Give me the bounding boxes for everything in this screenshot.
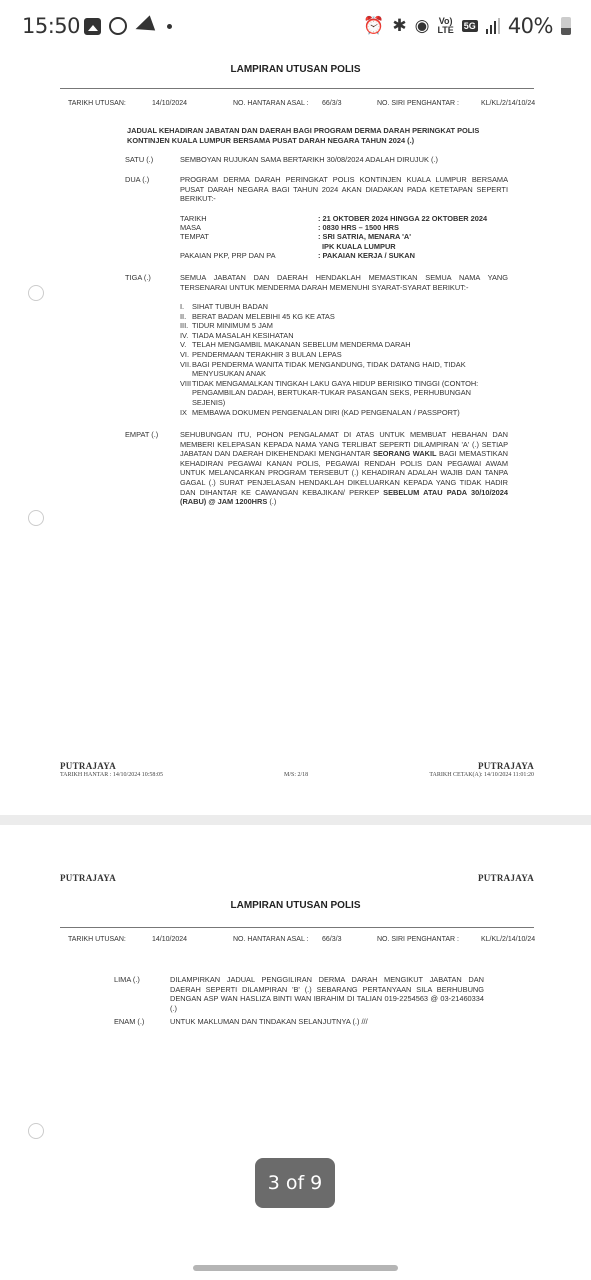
siri-value: KL/KL/2/14/10/24 xyxy=(481,936,535,943)
requirements-list: I.SIHAT TUBUH BADAN II.BERAT BADAN MELEB… xyxy=(180,302,480,417)
list-item: VIIITIDAK MENGAMALKAN TINGKAH LAKU GAYA … xyxy=(180,379,480,408)
status-bar: 15:50 ⏰ ✱ ◉ Vo)LTE 5G 40% xyxy=(0,0,591,54)
punch-hole xyxy=(28,510,44,526)
empat-bold-a: SEORANG WAKIL xyxy=(373,449,437,458)
hantaran-label: NO. HANTARAN ASAL : xyxy=(233,936,308,943)
enam-text: UNTUK MAKLUMAN DAN TINDAKAN SELANJUTNYA … xyxy=(170,1017,484,1027)
hantaran-value: 66/3/3 xyxy=(322,936,341,943)
detail-key xyxy=(180,242,318,251)
list-item: I.SIHAT TUBUH BADAN xyxy=(180,302,480,312)
item-number: VIII xyxy=(180,379,192,408)
tarikh-utusan-value: 14/10/2024 xyxy=(152,100,187,107)
item-text: TELAH MENGAMBIL MAKANAN SEBELUM MENDERMA… xyxy=(192,340,411,350)
item-text: PENDERMAAN TERAKHIR 3 BULAN LEPAS xyxy=(192,350,342,360)
dua-text: PROGRAM DERMA DARAH PERINGKAT POLIS KONT… xyxy=(180,175,508,204)
detail-row: MASA: 0830 HRS – 1500 HRS xyxy=(180,223,487,232)
siri-label: NO. SIRI PENGHANTAR : xyxy=(377,936,459,943)
footer-tarikh-cetak: TARIKH CETAK(A): 14/10/2024 11:01:20 xyxy=(429,772,534,778)
gesture-nav-handle[interactable] xyxy=(193,1265,398,1271)
tarikh-utusan-label: TARIKH UTUSAN: xyxy=(68,936,126,943)
detail-value: : 0830 HRS – 1500 HRS xyxy=(318,223,399,232)
tarikh-utusan-value: 14/10/2024 xyxy=(152,936,187,943)
empat-text-c: (.) xyxy=(267,497,276,506)
enam-label: ENAM (.) xyxy=(114,1017,144,1026)
footer-place-right: PUTRAJAYA xyxy=(478,761,534,771)
empat-label: EMPAT (.) xyxy=(125,430,158,439)
page-title: LAMPIRAN UTUSAN POLIS xyxy=(0,64,591,75)
volte-icon: Vo)LTE xyxy=(437,17,453,35)
empat-text: SEHUBUNGAN ITU, POHON PENGALAMAT DI ATAS… xyxy=(180,430,508,507)
system-icons: ⏰ ✱ ◉ Vo)LTE 5G 40% xyxy=(363,14,571,38)
item-number: I. xyxy=(180,302,192,312)
list-item: V.TELAH MENGAMBIL MAKANAN SEBELUM MENDER… xyxy=(180,340,480,350)
item-text: BAGI PENDERMA WANITA TIDAK MENGANDUNG, T… xyxy=(192,360,480,379)
heading-line-1: JADUAL KEHADIRAN JABATAN DAN DAERAH BAGI… xyxy=(127,126,507,136)
tarikh-utusan-label: TARIKH UTUSAN: xyxy=(68,100,126,107)
dua-label: DUA (.) xyxy=(125,175,149,184)
detail-key: PAKAIAN PKP, PRP DAN PA xyxy=(180,251,318,260)
item-text: BERAT BADAN MELEBIHI 45 KG KE ATAS xyxy=(192,312,335,322)
item-number: V. xyxy=(180,340,192,350)
footer-tarikh-hantar: TARIKH HANTAR : 14/10/2024 10:58:05 xyxy=(60,772,163,778)
list-item: IXMEMBAWA DOKUMEN PENGENALAN DIRI (KAD P… xyxy=(180,408,480,418)
status-time: 15:50 xyxy=(22,14,80,38)
hantaran-label: NO. HANTARAN ASAL : xyxy=(233,100,308,107)
detail-value: : 21 OKTOBER 2024 HINGGA 22 OKTOBER 2024 xyxy=(318,214,487,223)
programme-details: TARIKH: 21 OKTOBER 2024 HINGGA 22 OKTOBE… xyxy=(180,214,487,260)
item-number: VII. xyxy=(180,360,192,379)
5g-icon: 5G xyxy=(462,20,478,32)
divider xyxy=(60,88,534,89)
item-number: IX xyxy=(180,408,192,418)
item-text: TIDAK MENGAMALKAN TINGKAH LAKU GAYA HIDU… xyxy=(192,379,480,408)
list-item: VI.PENDERMAAN TERAKHIR 3 BULAN LEPAS xyxy=(180,350,480,360)
battery-icon xyxy=(561,17,571,35)
lima-text: DILAMPIRKAN JADUAL PENGGILIRAN DERMA DAR… xyxy=(170,975,484,1013)
detail-value: IPK KUALA LUMPUR xyxy=(318,242,396,251)
detail-key: TEMPAT xyxy=(180,232,318,241)
punch-hole xyxy=(28,285,44,301)
heading-line-2: KONTINJEN KUALA LUMPUR BERSAMA PUSAT DAR… xyxy=(127,136,507,146)
detail-key: MASA xyxy=(180,223,318,232)
satu-label: SATU (.) xyxy=(125,155,153,164)
list-item: II.BERAT BADAN MELEBIHI 45 KG KE ATAS xyxy=(180,312,480,322)
satu-text: SEMBOYAN RUJUKAN SAMA BERTARIKH 30/08/20… xyxy=(180,155,510,165)
footer-place-left: PUTRAJAYA xyxy=(60,761,116,771)
item-number: IV. xyxy=(180,331,192,341)
header-place-left: PUTRAJAYA xyxy=(60,873,116,883)
hantaran-value: 66/3/3 xyxy=(322,100,341,107)
telegram-icon xyxy=(133,15,155,36)
detail-row: IPK KUALA LUMPUR xyxy=(180,242,487,251)
document-heading: JADUAL KEHADIRAN JABATAN DAN DAERAH BAGI… xyxy=(127,126,507,145)
notification-icons xyxy=(84,17,172,35)
siri-value: KL/KL/2/14/10/24 xyxy=(481,100,535,107)
list-item: VII.BAGI PENDERMA WANITA TIDAK MENGANDUN… xyxy=(180,360,480,379)
punch-hole xyxy=(28,1123,44,1139)
page-indicator: 3 of 9 xyxy=(255,1158,335,1208)
detail-row: TEMPAT: SRI SATRIA, MENARA 'A' xyxy=(180,232,487,241)
header-place-right: PUTRAJAYA xyxy=(478,873,534,883)
divider xyxy=(60,927,534,928)
item-number: II. xyxy=(180,312,192,322)
bluetooth-icon: ✱ xyxy=(392,16,406,36)
document-page-1: LAMPIRAN UTUSAN POLIS TARIKH UTUSAN: 14/… xyxy=(0,30,591,815)
list-item: IV.TIADA MASALAH KESIHATAN xyxy=(180,331,480,341)
item-text: SIHAT TUBUH BADAN xyxy=(192,302,268,312)
gallery-icon xyxy=(84,18,101,35)
detail-value: : PAKAIAN KERJA / SUKAN xyxy=(318,251,415,260)
detail-value: : SRI SATRIA, MENARA 'A' xyxy=(318,232,411,241)
tiga-label: TIGA (.) xyxy=(125,273,151,282)
list-item: III.TIDUR MINIMUM 5 JAM xyxy=(180,321,480,331)
lima-label: LIMA (.) xyxy=(114,975,140,984)
item-text: TIDUR MINIMUM 5 JAM xyxy=(192,321,273,331)
detail-key: TARIKH xyxy=(180,214,318,223)
page-title: LAMPIRAN UTUSAN POLIS xyxy=(0,900,591,911)
footer-page-number: M/S: 2/18 xyxy=(284,772,308,778)
tiga-text: SEMUA JABATAN DAN DAERAH HENDAKLAH MEMAS… xyxy=(180,273,508,292)
item-text: TIADA MASALAH KESIHATAN xyxy=(192,331,294,341)
item-text: MEMBAWA DOKUMEN PENGENALAN DIRI (KAD PEN… xyxy=(192,408,460,418)
whatsapp-icon xyxy=(109,17,127,35)
item-number: VI. xyxy=(180,350,192,360)
page-separator xyxy=(0,815,591,825)
battery-percent: 40% xyxy=(508,14,553,38)
item-number: III. xyxy=(180,321,192,331)
siri-label: NO. SIRI PENGHANTAR : xyxy=(377,100,459,107)
signal-icon xyxy=(486,18,500,34)
detail-row: PAKAIAN PKP, PRP DAN PA: PAKAIAN KERJA /… xyxy=(180,251,487,260)
detail-row: TARIKH: 21 OKTOBER 2024 HINGGA 22 OKTOBE… xyxy=(180,214,487,223)
notification-dot-icon xyxy=(167,24,172,29)
hotspot-icon: ◉ xyxy=(415,16,430,36)
alarm-icon: ⏰ xyxy=(363,16,384,36)
